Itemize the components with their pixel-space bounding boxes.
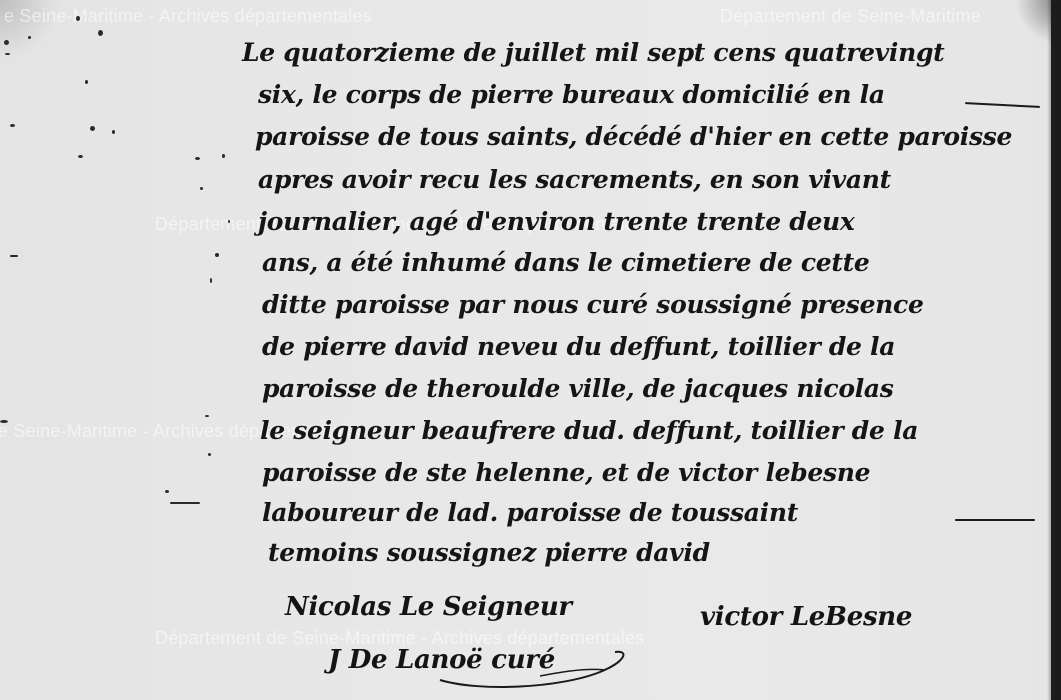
page-edge bbox=[1051, 0, 1061, 700]
manuscript-line: six, le corps de pierre bureaux domicili… bbox=[258, 80, 885, 109]
signature-victor-lebesne: victor LeBesne bbox=[700, 602, 912, 632]
manuscript-line: de pierre david neveu du deffunt, toilli… bbox=[262, 332, 895, 361]
manuscript-line: ditte paroisse par nous curé soussigné p… bbox=[262, 290, 924, 319]
manuscript-line: Le quatorzieme de juillet mil sept cens … bbox=[242, 38, 944, 67]
manuscript-line: ans, a été inhumé dans le cimetiere de c… bbox=[262, 248, 869, 277]
manuscript-line: le seigneur beaufrere dud. deffunt, toil… bbox=[260, 416, 918, 445]
manuscript-body: Le quatorzieme de juillet mil sept cens … bbox=[0, 0, 1061, 700]
register-page: e Seine-Maritime - Archives départementa… bbox=[0, 0, 1061, 700]
manuscript-line: paroisse de tous saints, décédé d'hier e… bbox=[255, 122, 1012, 151]
manuscript-line: paroisse de theroulde ville, de jacques … bbox=[262, 374, 894, 403]
manuscript-line: temoins soussignez pierre david bbox=[268, 538, 710, 567]
line-flourish bbox=[955, 519, 1035, 521]
manuscript-line: journalier, agé d'environ trente trente … bbox=[258, 207, 855, 236]
signature-flourish bbox=[420, 630, 660, 690]
manuscript-line: paroisse de ste helenne, et de victor le… bbox=[262, 458, 870, 487]
signature-nicolas-le-seigneur: Nicolas Le Seigneur bbox=[285, 592, 572, 622]
manuscript-line: apres avoir recu les sacrements, en son … bbox=[258, 165, 891, 194]
line-flourish bbox=[965, 102, 1040, 108]
manuscript-line: laboureur de lad. paroisse de toussaint bbox=[262, 498, 798, 527]
